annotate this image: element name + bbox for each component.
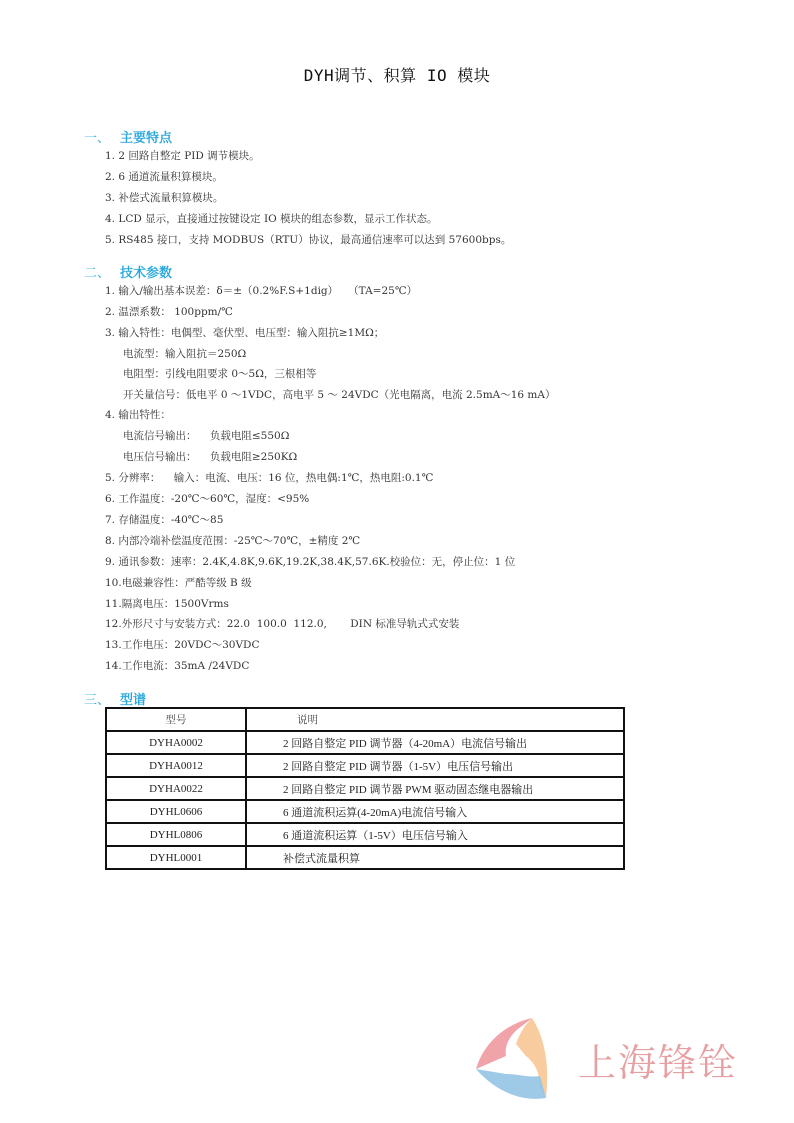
document-title: DYH调节、积算 IO 模块 [0, 63, 794, 86]
cell-model: DYHL0001 [106, 846, 246, 869]
table-row: DYHA0012 2 回路自整定 PID 调节器（1-5V）电压信号输出 [106, 754, 624, 777]
section-title: 型谱 [120, 693, 146, 708]
list-item: 3. 补偿式流量积算模块。 [105, 191, 223, 205]
list-item: 4. LCD 显示，直接通过按键设定 IO 模块的组态参数，显示工作状态。 [105, 212, 438, 226]
spec-subitem: 电压信号输出： 负载电阻≥250KΩ [123, 450, 297, 464]
header-model: 型号 [106, 708, 246, 731]
cell-description: 2 回路自整定 PID 调节器（1-5V）电压信号输出 [246, 754, 624, 777]
cell-description: 2 回路自整定 PID 调节器 PWM 驱动固态继电器输出 [246, 777, 624, 800]
cell-model: DYHL0606 [106, 800, 246, 823]
table-row: DYHL0606 6 通道流积运算(4-20mA)电流信号输入 [106, 800, 624, 823]
table-row: DYHL0001 补偿式流量积算 [106, 846, 624, 869]
cell-model: DYHA0022 [106, 777, 246, 800]
cell-description: 6 通道流积运算（1-5V）电压信号输入 [246, 823, 624, 846]
spec-subitem: 电流信号输出： 负载电阻≤550Ω [123, 429, 289, 443]
cell-description: 2 回路自整定 PID 调节器（4-20mA）电流信号输出 [246, 731, 624, 754]
cell-model: DYHL0806 [106, 823, 246, 846]
spec-subitem: 开关量信号：低电平 0 ～1VDC，高电平 5 ～ 24VDC（光电隔离，电流 … [123, 388, 555, 402]
company-logo-icon [470, 1012, 562, 1104]
section-number: 一、 [84, 127, 120, 146]
spec-item: 2. 温漂系数： 100ppm/℃ [105, 305, 233, 319]
table-row: DYHA0022 2 回路自整定 PID 调节器 PWM 驱动固态继电器输出 [106, 777, 624, 800]
section-number: 三、 [84, 689, 120, 708]
spec-subitem: 电阻型：引线电阻要求 0～5Ω，三根相等 [123, 367, 316, 381]
spec-item: 12.外形尺寸与安装方式：22.0 100.0 112.0, DIN 标准导轨式… [105, 617, 459, 631]
list-item: 5. RS485 接口，支持 MODBUS（RTU）协议，最高通信速率可以达到 … [105, 233, 511, 247]
cell-model: DYHA0012 [106, 754, 246, 777]
section-number: 二、 [84, 262, 120, 281]
header-description: 说明 [246, 708, 624, 731]
spec-item: 3. 输入特性：电偶型、毫伏型、电压型：输入阻抗≥1MΩ； [105, 326, 384, 340]
spec-item: 14.工作电流：35mA /24VDC [105, 659, 249, 673]
spec-item: 5. 分辨率： 输入：电流、电压：16 位，热电偶:1℃，热电阻:0.1℃ [105, 471, 433, 485]
table-header-row: 型号 说明 [106, 708, 624, 731]
spec-item: 13.工作电压：20VDC～30VDC [105, 638, 260, 652]
company-watermark: 上海锋铨 [578, 1032, 738, 1087]
spec-item: 11.隔离电压：1500Vrms [105, 597, 229, 611]
section-title: 主要特点 [120, 131, 172, 146]
list-item: 1. 2 回路自整定 PID 调节模块。 [105, 149, 260, 163]
spec-item: 4. 输出特性： [105, 408, 171, 422]
spec-item: 10.电磁兼容性：严酷等级 B 级 [105, 576, 252, 590]
section-title: 技术参数 [120, 266, 172, 281]
spec-item: 7. 存储温度：-40℃～85 [105, 513, 223, 527]
section-heading-features: 一、主要特点 [84, 127, 172, 146]
spec-item: 9. 通讯参数：速率：2.4K,4.8K,9.6K,19.2K,38.4K,57… [105, 555, 515, 569]
cell-description: 6 通道流积运算(4-20mA)电流信号输入 [246, 800, 624, 823]
spec-subitem: 电流型：输入阻抗＝250Ω [123, 347, 246, 361]
section-heading-models: 三、型谱 [84, 689, 146, 708]
spec-item: 1. 输入/输出基本误差：δ＝±（0.2%F.S+1dig） （TA=25℃） [105, 284, 417, 298]
cell-model: DYHA0002 [106, 731, 246, 754]
spec-item: 6. 工作温度：-20℃～60℃，湿度：<95% [105, 492, 309, 506]
table-row: DYHL0806 6 通道流积运算（1-5V）电压信号输入 [106, 823, 624, 846]
section-heading-specs: 二、技术参数 [84, 262, 172, 281]
cell-description: 补偿式流量积算 [246, 846, 624, 869]
table-row: DYHA0002 2 回路自整定 PID 调节器（4-20mA）电流信号输出 [106, 731, 624, 754]
model-table: 型号 说明 DYHA0002 2 回路自整定 PID 调节器（4-20mA）电流… [105, 707, 625, 870]
spec-item: 8. 内部冷端补偿温度范围：-25℃～70℃，±精度 2℃ [105, 534, 360, 548]
list-item: 2. 6 通道流量积算模块。 [105, 170, 223, 184]
